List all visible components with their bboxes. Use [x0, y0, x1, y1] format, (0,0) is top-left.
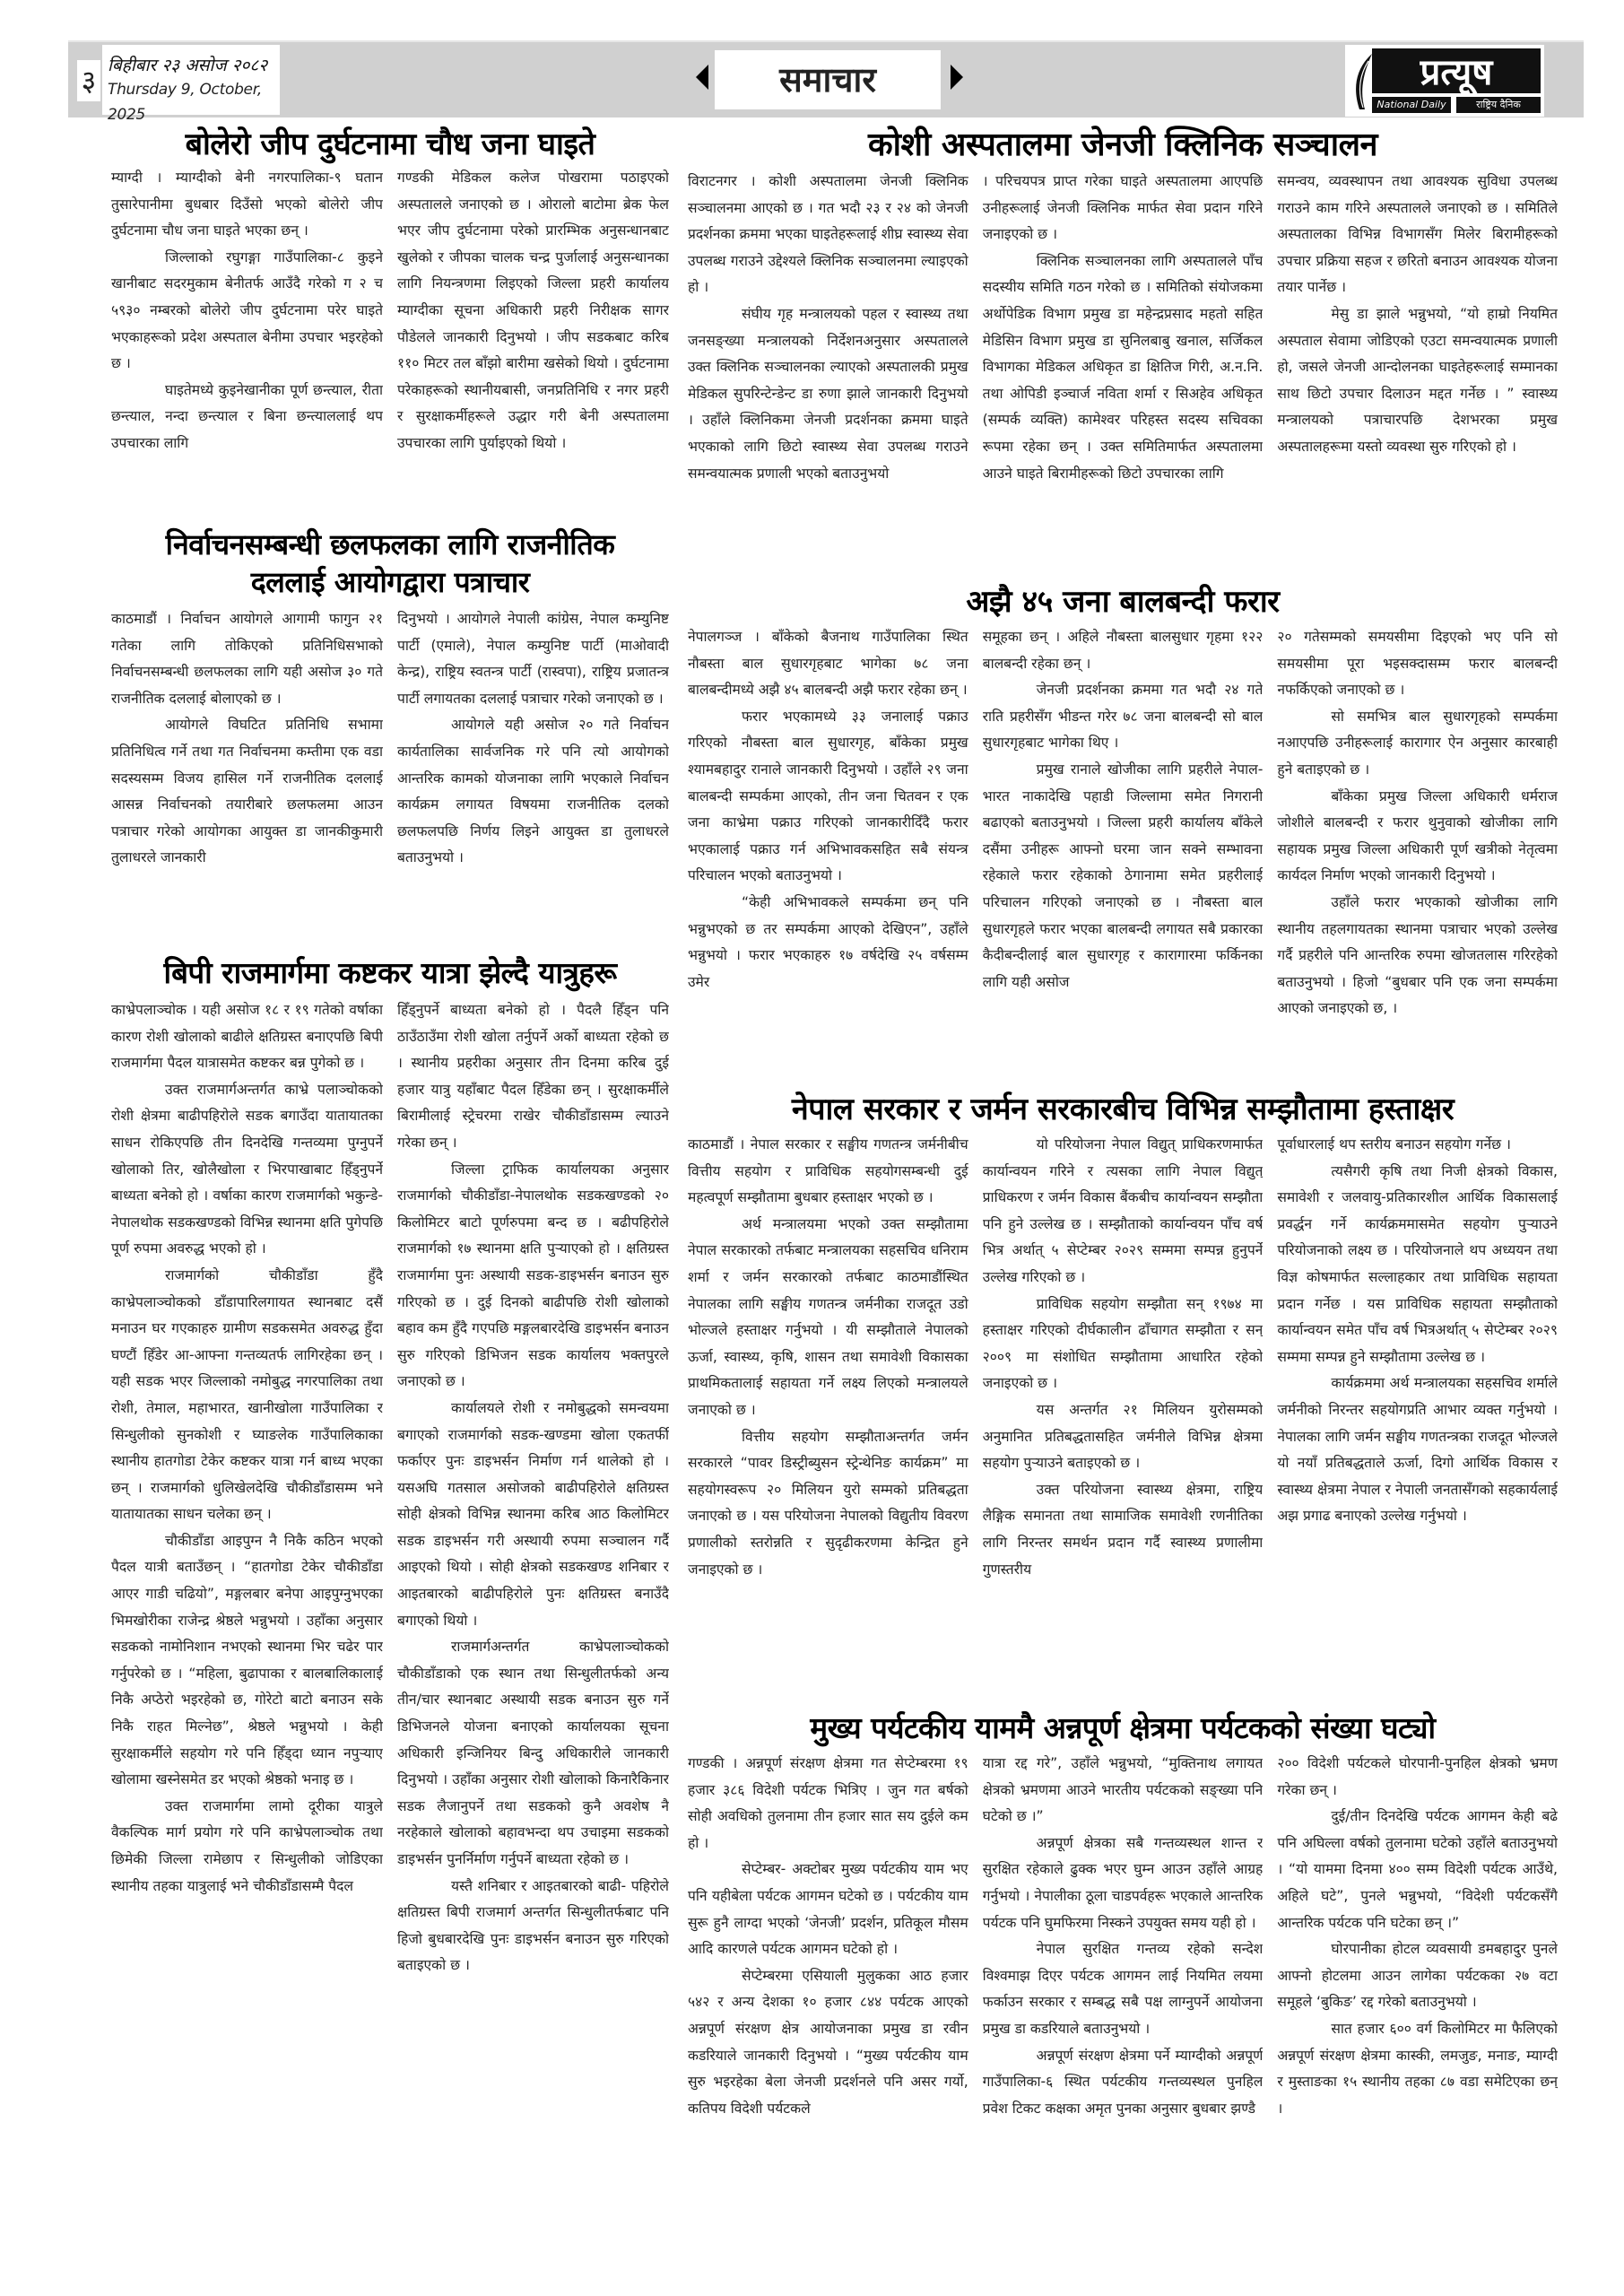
paragraph: सेप्टेम्बरमा एसियाली मुलुकका आठ हजार ५४२…: [688, 1963, 968, 2123]
paragraph: अर्थ मन्त्रालयमा भएको उक्त सम्झौतामा नेप…: [688, 1212, 968, 1424]
paragraph: क्लिनिक सञ्चालनका लागि अस्पतालले पाँच सद…: [983, 248, 1264, 487]
triangle-left-icon[interactable]: [696, 65, 708, 90]
date-english: Thursday 9, October, 2025: [108, 77, 280, 127]
page-number: ३: [77, 60, 100, 101]
paragraph: गण्डकी मेडिकल कलेज पोखरामा पठाइएको अस्पत…: [397, 165, 669, 457]
article-body: गण्डकी । अन्नपूर्ण संरक्षण क्षेत्रमा गत …: [688, 1751, 1558, 2253]
paragraph: प्रमुख रानाले खोजीका लागि प्रहरीले नेपाल…: [983, 757, 1264, 996]
paragraph: समूहका छन् । अहिले नौबस्ता बालसुधार गृहम…: [983, 624, 1264, 677]
paragraph: सो समभित्र बाल सुधारगृहको सम्पर्कमा नआएप…: [1277, 704, 1558, 784]
paragraph: घोरपानीका होटल व्यवसायी डमबहादुर पुनले आ…: [1277, 1936, 1558, 2016]
date-box: बिहीबार २३ असोज २०८२ Thursday 9, October…: [102, 45, 280, 115]
headline: बोलेरो जीप दुर्घटनामा चौध जना घाइते: [111, 126, 669, 165]
column-1: म्याग्दी । म्याग्दीको बेनी नगरपालिका-९ घ…: [111, 165, 383, 526]
column-2: समूहका छन् । अहिले नौबस्ता बालसुधार गृहम…: [983, 624, 1264, 1040]
headline: कोशी अस्पतालमा जेनजी क्लिनिक सञ्चालन: [688, 126, 1558, 169]
column-2: गण्डकी मेडिकल कलेज पोखरामा पठाइएको अस्पत…: [397, 165, 669, 526]
headline: अझै ४५ जना बालबन्दी फरार: [688, 583, 1558, 624]
paragraph: राजमार्गअन्तर्गत काभ्रेपलाञ्चोकको चौकीडा…: [397, 1634, 669, 1873]
paragraph: । परिचयपत्र प्राप्त गरेका घाइते अस्पतालम…: [983, 169, 1264, 248]
logo-name: प्रत्यूष: [1372, 48, 1541, 93]
paragraph: समन्वय, व्यवस्थापन तथा आवश्यक सुविधा उपल…: [1277, 169, 1558, 301]
paragraph: गण्डकी । अन्नपूर्ण संरक्षण क्षेत्रमा गत …: [688, 1751, 968, 1857]
paragraph: आयोगले यही असोज २० गते निर्वाचन कार्यताल…: [397, 712, 669, 872]
paragraph: कार्यक्रममा अर्थ मन्त्रालयका सहसचिव शर्म…: [1277, 1370, 1558, 1530]
paragraph: चौकीडाँडा आइपुग्न नै निकै कठिन भएको पैदल…: [111, 1528, 383, 1794]
paragraph: त्यसैगरी कृषि तथा निजी क्षेत्रको विकास, …: [1277, 1159, 1558, 1371]
article-body: काभ्रेपलाञ्चोक । यही असोज १८ र १९ गतेको …: [111, 997, 669, 2280]
paragraph: यो परियोजना नेपाल विद्युत् प्राधिकरणमार्…: [983, 1132, 1264, 1291]
column-1: काठमाडौं । निर्वाचन आयोगले आगामी फागुन २…: [111, 606, 383, 933]
headline: मुख्य पर्यटकीय याममै अन्नपूर्ण क्षेत्रमा…: [688, 1709, 1558, 1751]
column-1: विराटनगर । कोशी अस्पतालमा जेनजी क्लिनिक …: [688, 169, 968, 531]
section-title: समाचार: [715, 50, 941, 109]
paragraph: हिँड्नुपर्ने बाध्यता बनेको हो । पैदलै हि…: [397, 997, 669, 1157]
article-body: म्याग्दी । म्याग्दीको बेनी नगरपालिका-९ घ…: [111, 165, 669, 526]
masthead-logo: प्रत्यूष National Daily राष्ट्रिय दैनिक: [1345, 45, 1544, 117]
paragraph: बाँकेका प्रमुख जिल्ला अधिकारी धर्मराज जो…: [1277, 784, 1558, 890]
paragraph: मेसु डा झाले भन्नुभयो, “यो हाम्रो नियमित…: [1277, 301, 1558, 461]
column-2: हिँड्नुपर्ने बाध्यता बनेको हो । पैदलै हि…: [397, 997, 669, 2280]
logo-tagline-np: राष्ट्रिय दैनिक: [1456, 97, 1541, 113]
column-1: काभ्रेपलाञ्चोक । यही असोज १८ र १९ गतेको …: [111, 997, 383, 2280]
paragraph: उक्त राजमार्गमा लामो दूरीका यात्रुले वैक…: [111, 1794, 383, 1900]
column-1: काठमाडौं । नेपाल सरकार र सङ्घीय गणतन्त्र…: [688, 1132, 968, 1708]
paragraph: प्राविधिक सहयोग सम्झौता सन् १९७४ मा हस्त…: [983, 1291, 1264, 1397]
paragraph: यात्रा रद्द गरे”, उहाँले भन्नुभयो, “मुक्…: [983, 1751, 1264, 1831]
article-koshi: कोशी अस्पतालमा जेनजी क्लिनिक सञ्चालन विर…: [688, 126, 1558, 531]
paragraph: विराटनगर । कोशी अस्पतालमा जेनजी क्लिनिक …: [688, 169, 968, 301]
column-3: २० गतेसम्मको समयसीमा दिइएको भए पनि सो सम…: [1277, 624, 1558, 1040]
paragraph: नेपालगञ्ज । बाँकेको बैजनाथ गाउँपालिका स्…: [688, 624, 968, 704]
headline: बिपी राजमार्गमा कष्टकर यात्रा झेल्दै यात…: [111, 954, 669, 997]
paragraph: जेनजी प्रदर्शनका क्रममा गत भदौ २४ गते रा…: [983, 677, 1264, 757]
headline: नेपाल सरकार र जर्मन सरकारबीच विभिन्न सम्…: [688, 1091, 1558, 1132]
paragraph: अन्नपूर्ण क्षेत्रका सबै गन्तव्यस्थल शान्…: [983, 1831, 1264, 1936]
paragraph: आयोगले विघटित प्रतिनिधि सभामा प्रतिनिधित…: [111, 712, 383, 872]
paragraph: फरार भएकामध्ये ३३ जनालाई पक्राउ गरिएको न…: [688, 704, 968, 890]
paragraph: दिनुभयो । आयोगले नेपाली कांग्रेस, नेपाल …: [397, 606, 669, 712]
logo-tagline-en: National Daily: [1372, 97, 1451, 113]
article-german: नेपाल सरकार र जर्मन सरकारबीच विभिन्न सम्…: [688, 1091, 1558, 1708]
article-nirvachan: निर्वाचनसम्बन्धी छलफलका लागि राजनीतिक दल…: [111, 526, 669, 933]
paragraph: “केही अभिभावकले सम्पर्कमा छन् पनि भन्नुभ…: [688, 890, 968, 996]
column-3: २०० विदेशी पर्यटकले घोरपानी-पुनहिल क्षेत…: [1277, 1751, 1558, 2253]
paragraph: सेप्टेम्बर- अक्टोबर मुख्य पर्यटकीय याम भ…: [688, 1857, 968, 1962]
article-bp-rajmarg: बिपी राजमार्गमा कष्टकर यात्रा झेल्दै यात…: [111, 954, 669, 2280]
paragraph: २० गतेसम्मको समयसीमा दिइएको भए पनि सो सम…: [1277, 624, 1558, 704]
article-body: विराटनगर । कोशी अस्पतालमा जेनजी क्लिनिक …: [688, 169, 1558, 531]
paragraph: वित्तीय सहयोग सम्झौताअन्तर्गत जर्मन सरका…: [688, 1424, 968, 1584]
column-2: । परिचयपत्र प्राप्त गरेका घाइते अस्पतालम…: [983, 169, 1264, 531]
article-bolero: बोलेरो जीप दुर्घटनामा चौध जना घाइते म्या…: [111, 126, 669, 526]
column-3: पूर्वाधारलाई थप स्तरीय बनाउन सहयोग गर्ने…: [1277, 1132, 1558, 1708]
paragraph: २०० विदेशी पर्यटकले घोरपानी-पुनहिल क्षेत…: [1277, 1751, 1558, 1804]
paragraph: राजमार्गको चौकीडाँडा हुँदै काभ्रेपलाञ्चो…: [111, 1263, 383, 1528]
column-1: गण्डकी । अन्नपूर्ण संरक्षण क्षेत्रमा गत …: [688, 1751, 968, 2253]
paragraph: काठमाडौं । नेपाल सरकार र सङ्घीय गणतन्त्र…: [688, 1132, 968, 1212]
article-body: काठमाडौं । निर्वाचन आयोगले आगामी फागुन २…: [111, 606, 669, 933]
triangle-right-icon[interactable]: [951, 65, 963, 90]
column-2: यो परियोजना नेपाल विद्युत् प्राधिकरणमार्…: [983, 1132, 1264, 1708]
article-body: काठमाडौं । नेपाल सरकार र सङ्घीय गणतन्त्र…: [688, 1132, 1558, 1708]
paragraph: सात हजार ६०० वर्ग किलोमिटर मा फैलिएको अन…: [1277, 2016, 1558, 2122]
paragraph: जिल्ला ट्राफिक कार्यालयका अनुसार राजमार्…: [397, 1157, 669, 1396]
paragraph: दुई/तीन दिनदेखि पर्यटक आगमन केही बढे पनि…: [1277, 1804, 1558, 1936]
paragraph: उहाँले फरार भएकाको खोजीका लागि स्थानीय त…: [1277, 890, 1558, 1022]
column-2: दिनुभयो । आयोगले नेपाली कांग्रेस, नेपाल …: [397, 606, 669, 933]
column-3: समन्वय, व्यवस्थापन तथा आवश्यक सुविधा उपल…: [1277, 169, 1558, 531]
paragraph: काठमाडौं । निर्वाचन आयोगले आगामी फागुन २…: [111, 606, 383, 712]
article-body: नेपालगञ्ज । बाँकेको बैजनाथ गाउँपालिका स्…: [688, 624, 1558, 1040]
paragraph: यस्तै शनिबार र आइतबारको बाढी- पहिरोले क्…: [397, 1874, 669, 1979]
paragraph: अन्नपूर्ण संरक्षण क्षेत्रमा पर्ने म्याग्…: [983, 2043, 1264, 2123]
paragraph: घाइतेमध्ये कुइनेखानीका पूर्ण छन्त्याल, र…: [111, 378, 383, 457]
article-annapurna: मुख्य पर्यटकीय याममै अन्नपूर्ण क्षेत्रमा…: [688, 1709, 1558, 2253]
column-2: यात्रा रद्द गरे”, उहाँले भन्नुभयो, “मुक्…: [983, 1751, 1264, 2253]
paragraph: जिल्लाको रघुगङ्गा गाउँपालिका-८ कुइने खान…: [111, 245, 383, 378]
paragraph: उक्त परियोजना स्वास्थ्य क्षेत्रमा, राष्ट…: [983, 1477, 1264, 1583]
paragraph: काभ्रेपलाञ्चोक । यही असोज १८ र १९ गतेको …: [111, 997, 383, 1077]
headline-line-1: निर्वाचनसम्बन्धी छलफलका लागि राजनीतिक: [111, 526, 669, 563]
paragraph: उक्त राजमार्गअन्तर्गत काभ्रे पलाञ्चोकको …: [111, 1077, 383, 1263]
paragraph: म्याग्दी । म्याग्दीको बेनी नगरपालिका-९ घ…: [111, 165, 383, 245]
column-1: नेपालगञ्ज । बाँकेको बैजनाथ गाउँपालिका स्…: [688, 624, 968, 1040]
paragraph: नेपाल सुरक्षित गन्तव्य रहेको सन्देश विश्…: [983, 1936, 1264, 2042]
paragraph: यस अन्तर्गत २१ मिलियन युरोसम्मको अनुमानि…: [983, 1397, 1264, 1477]
date-nepali: बिहीबार २३ असोज २०८२: [108, 54, 280, 77]
paragraph: पूर्वाधारलाई थप स्तरीय बनाउन सहयोग गर्ने…: [1277, 1132, 1558, 1159]
paragraph: संघीय गृह मन्त्रालयको पहल र स्वास्थ्य तथ…: [688, 301, 968, 487]
headline-line-2: दललाई आयोगद्वारा पत्राचार: [111, 563, 669, 606]
paragraph: कार्यालयले रोशी र नमोबुद्धको समन्वयमा बग…: [397, 1396, 669, 1634]
article-balbandi: अझै ४५ जना बालबन्दी फरार नेपालगञ्ज । बाँ…: [688, 583, 1558, 1040]
